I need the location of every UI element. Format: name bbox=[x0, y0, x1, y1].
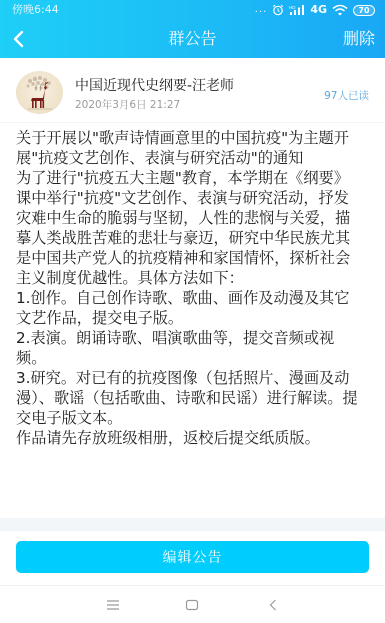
announcement-content: 关于开展以"歌声诗情画意里的中国抗疫"为主题开展"抗疫文艺创作、表演与研究活动"… bbox=[16, 128, 358, 448]
deer-avatar-icon bbox=[16, 71, 63, 114]
wifi-icon bbox=[332, 4, 348, 16]
section-separator bbox=[0, 518, 385, 531]
system-nav-bar bbox=[0, 585, 385, 623]
status-bar: 傍晚6:44 ... HD bbox=[0, 0, 385, 20]
read-count-link[interactable]: 97人已读 bbox=[324, 89, 369, 103]
announcement-paragraph: 1.创作。自己创作诗歌、歌曲、画作及动漫及其它文艺作品，提交电子版。 bbox=[16, 288, 358, 328]
back-icon bbox=[268, 598, 278, 612]
menu-icon bbox=[106, 599, 120, 611]
avatar[interactable] bbox=[16, 71, 63, 114]
nav-bar: 群公告 删除 bbox=[0, 20, 385, 58]
edit-announcement-button[interactable]: 编辑公告 bbox=[16, 541, 369, 573]
home-icon bbox=[185, 599, 199, 611]
announcement-paragraph: 2.表演。朗诵诗歌、唱演歌曲等，提交音频或视频。 bbox=[16, 328, 358, 368]
divider bbox=[0, 122, 385, 123]
page-title: 群公告 bbox=[0, 20, 385, 58]
screen: 傍晚6:44 ... HD bbox=[0, 0, 385, 623]
announcement-paragraph: 为了进行"抗疫五大主题"教育，本学期在《纲要》课中举行"抗疫"文艺创作、表演与研… bbox=[16, 168, 358, 288]
menu-button[interactable] bbox=[104, 596, 122, 614]
delete-button[interactable]: 删除 bbox=[343, 20, 375, 58]
status-icons: ... HD 4G bbox=[255, 3, 375, 17]
home-button[interactable] bbox=[183, 596, 201, 614]
author-name: 中国近现代史纲要-汪老师 bbox=[75, 77, 234, 95]
footer: 编辑公告 bbox=[0, 531, 385, 585]
network-4g-icon: 4G bbox=[310, 0, 327, 20]
status-time: 傍晚6:44 bbox=[12, 0, 59, 20]
post-timestamp: 2020年3月6日 21:27 bbox=[75, 98, 180, 112]
svg-text:HD: HD bbox=[289, 5, 296, 10]
alarm-icon bbox=[272, 4, 284, 16]
battery-icon: 70 bbox=[353, 5, 375, 16]
author-row: 中国近现代史纲要-汪老师 2020年3月6日 21:27 97人已读 bbox=[0, 58, 385, 122]
hd-signal-icon: HD bbox=[289, 4, 305, 16]
announcement-paragraph: 作品请先存放班级相册，返校后提交纸质版。 bbox=[16, 428, 358, 448]
announcement-paragraph: 关于开展以"歌声诗情画意里的中国抗疫"为主题开展"抗疫文艺创作、表演与研究活动"… bbox=[16, 128, 358, 168]
system-back-button[interactable] bbox=[264, 596, 282, 614]
dots-icon: ... bbox=[255, 0, 268, 20]
header: 傍晚6:44 ... HD bbox=[0, 0, 385, 58]
announcement-paragraph: 3.研究。对已有的抗疫图像（包括照片、漫画及动漫）、歌谣（包括歌曲、诗歌和民谣）… bbox=[16, 368, 358, 428]
